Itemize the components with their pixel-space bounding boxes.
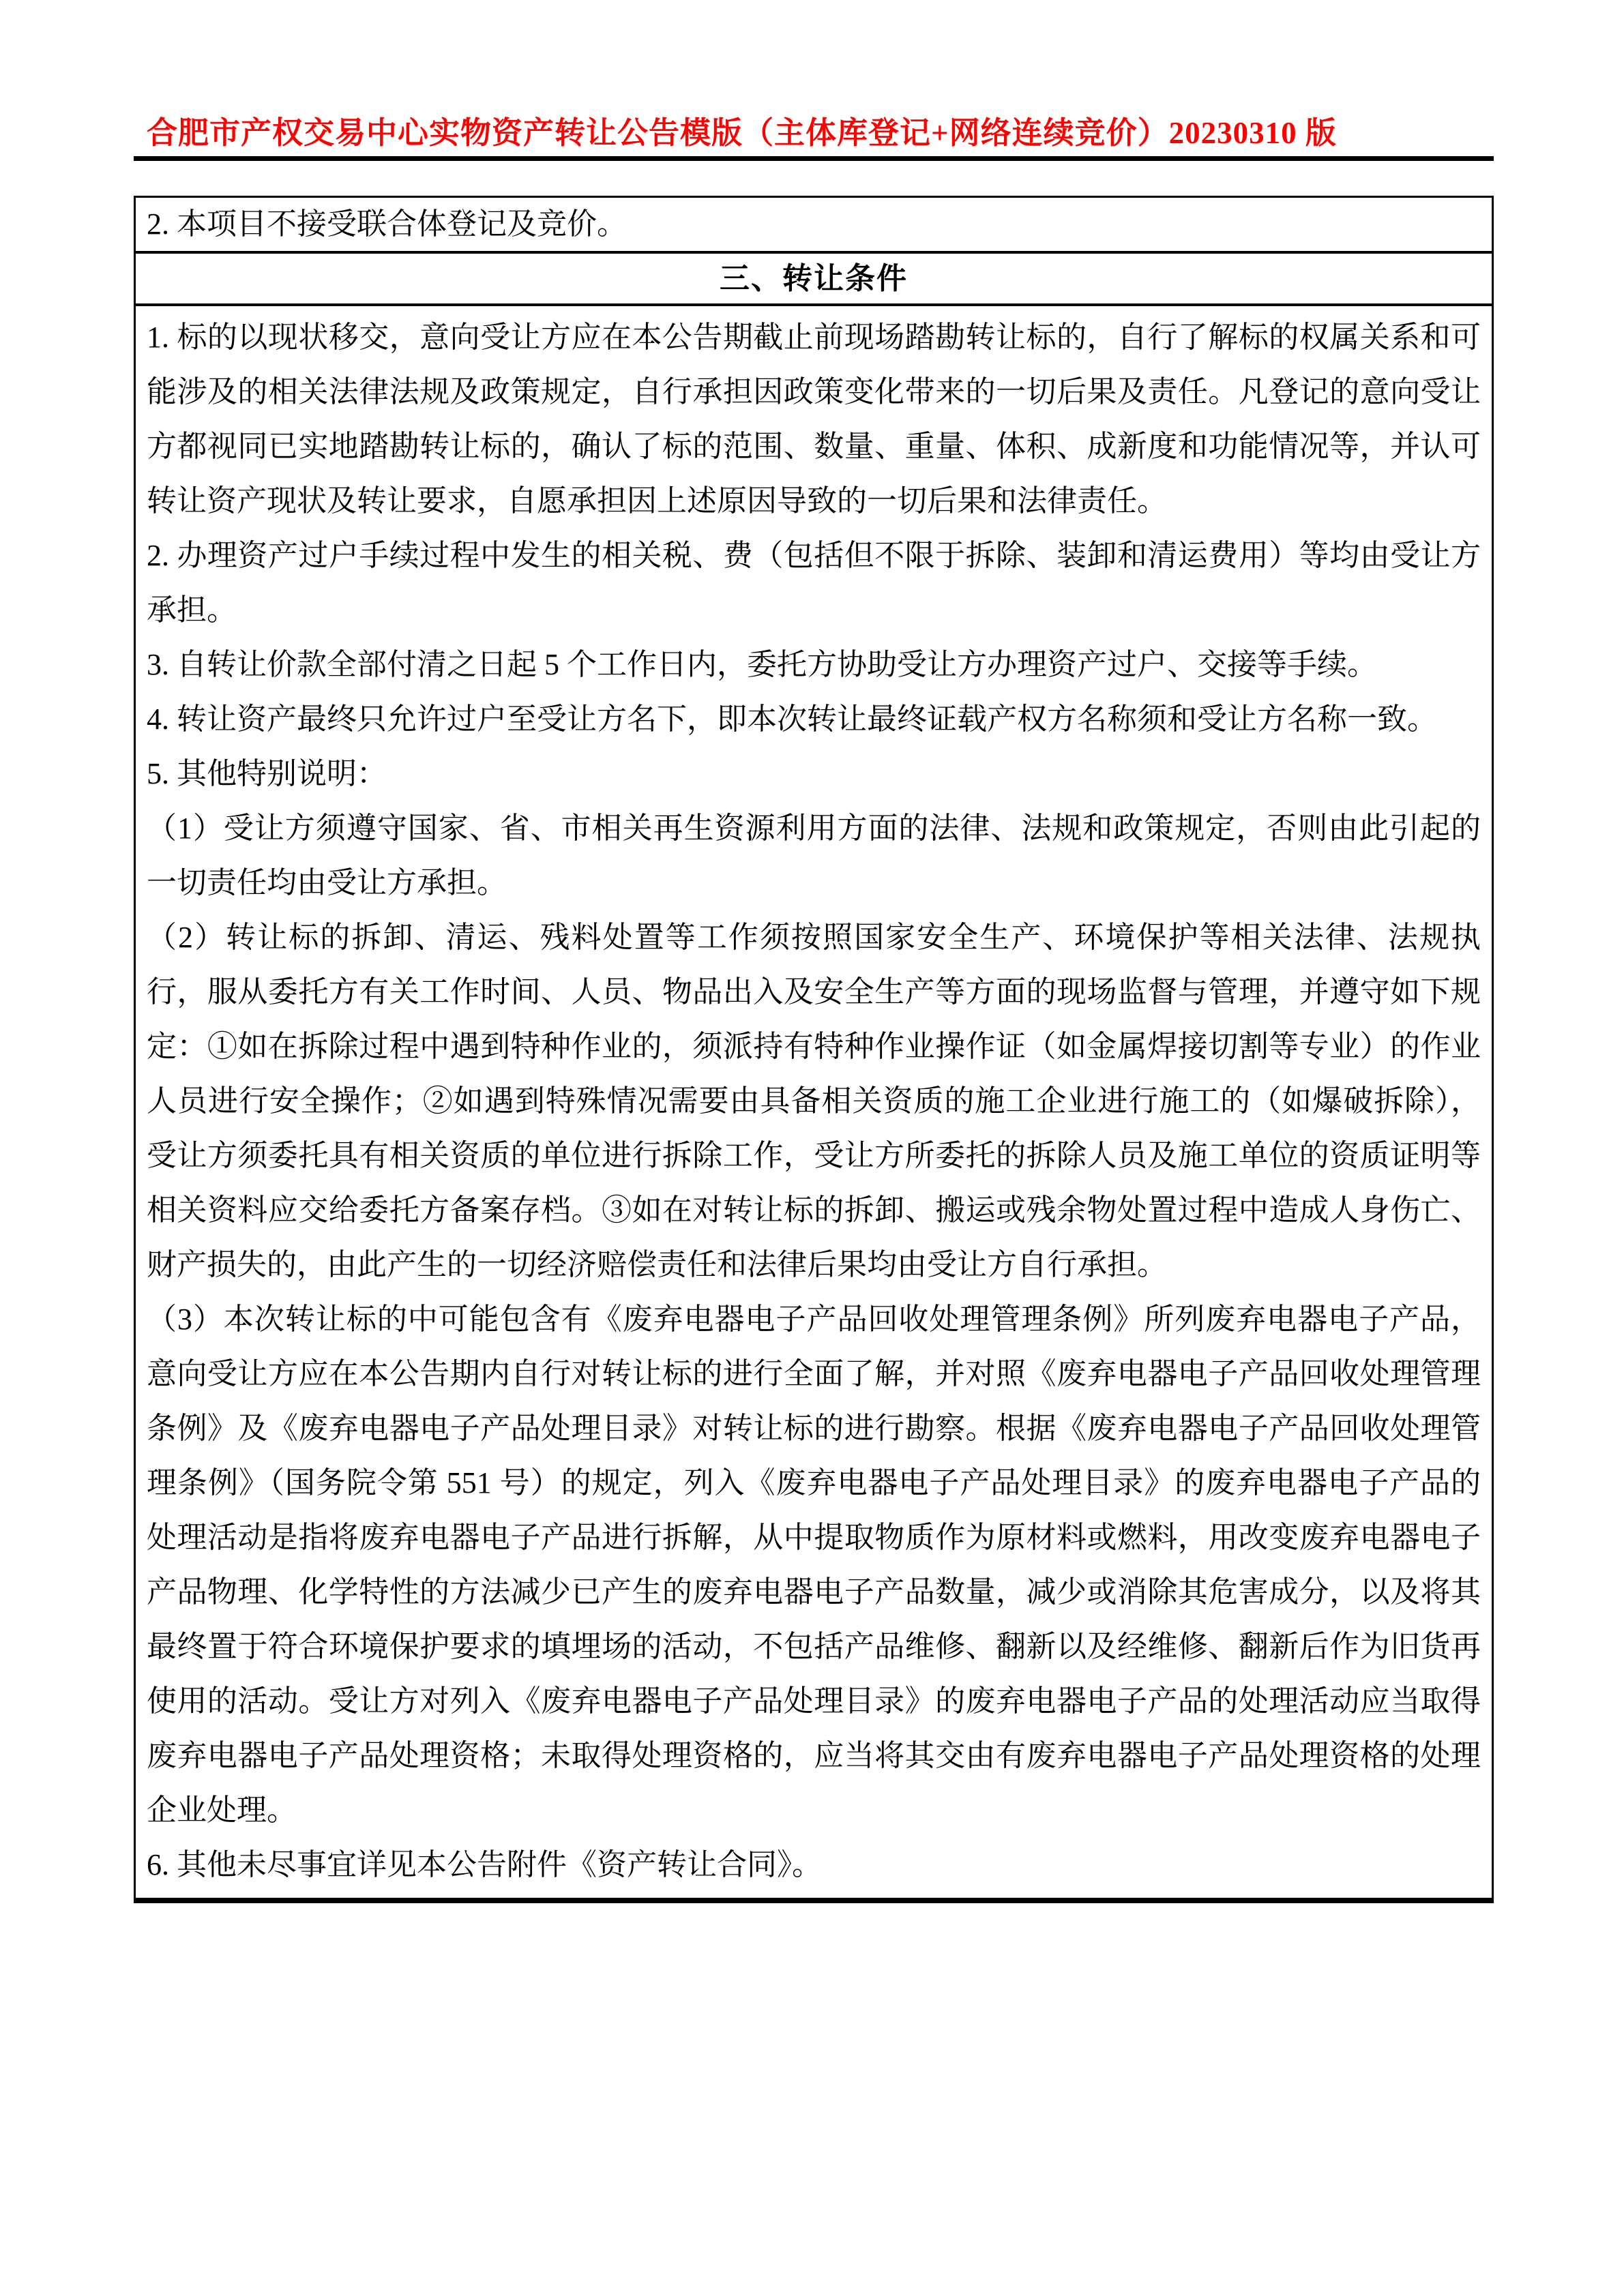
condition-paragraph-1: 1. 标的以现状移交，意向受让方应在本公告期截止前现场踏勘转让标的，自行了解标的… xyxy=(147,310,1481,528)
header-divider xyxy=(134,156,1494,161)
condition-paragraph-5-3: （3）本次转让标的中可能包含有《废弃电器电子产品回收处理管理条例》所列废弃电器电… xyxy=(147,1292,1481,1838)
conditions-cell: 1. 标的以现状移交，意向受让方应在本公告期截止前现场踏勘转让标的，自行了解标的… xyxy=(136,306,1492,1898)
condition-paragraph-5-2: （2）转让标的拆卸、清运、残料处置等工作须按照国家安全生产、环境保护等相关法律、… xyxy=(147,910,1481,1292)
condition-paragraph-3: 3. 自转让价款全部付清之日起 5 个工作日内，委托方协助受让方办理资产过户、交… xyxy=(147,638,1481,692)
document-header-title: 合肥市产权交易中心实物资产转让公告模版（主体库登记+网络连续竞价）2023031… xyxy=(147,108,1504,152)
condition-paragraph-4: 4. 转让资产最终只允许过户至受让方名下，即本次转让最终证载产权方名称须和受让方… xyxy=(147,692,1481,747)
table-note-row: 2. 本项目不接受联合体登记及竞价。 xyxy=(136,198,1492,254)
condition-paragraph-5: 5. 其他特别说明： xyxy=(147,747,1481,801)
condition-paragraph-2: 2. 办理资产过户手续过程中发生的相关税、费（包括但不限于拆除、装卸和清运费用）… xyxy=(147,528,1481,638)
condition-paragraph-6: 6. 其他未尽事宜详见本公告附件《资产转让合同》。 xyxy=(147,1838,1481,1892)
condition-paragraph-5-1: （1）受让方须遵守国家、省、市相关再生资源利用方面的法律、法规和政策规定，否则由… xyxy=(147,801,1481,910)
announcement-table: 2. 本项目不接受联合体登记及竞价。 三、转让条件 1. 标的以现状移交，意向受… xyxy=(134,196,1494,1903)
section-title-transfer-conditions: 三、转让条件 xyxy=(136,254,1492,306)
document-page: 合肥市产权交易中心实物资产转让公告模版（主体库登记+网络连续竞价）2023031… xyxy=(0,0,1624,2296)
